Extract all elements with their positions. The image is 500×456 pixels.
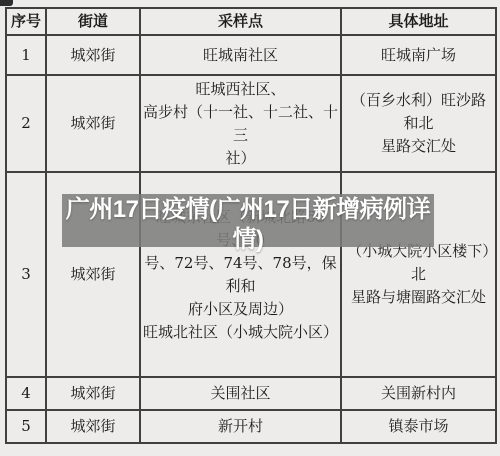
page-title: 广州17日疫情(广州17日新增病例详 情): [62, 194, 434, 255]
cell-sampling-site: 旺城西社区、 高步村（十一社、十二社、十三 社）: [140, 75, 341, 172]
watermark-title-overlay: 广州17日疫情(广州17日新增病例详 情): [62, 194, 434, 247]
cell-sampling-site: 新开村: [140, 410, 341, 443]
cell-serial: 2: [6, 75, 46, 172]
cell-street: 城郊街: [46, 410, 140, 443]
cell-serial: 1: [6, 35, 46, 75]
table-header-row: 序号 街道 采样点 具体地址: [6, 8, 496, 35]
cell-sampling-site: 关围社区: [140, 377, 341, 410]
page: 序号 街道 采样点 具体地址 1 城郊街 旺城南社区 旺城南广场 2 城郊街 旺…: [0, 0, 500, 456]
column-header-sampling-site: 采样点: [140, 8, 341, 35]
cell-serial: 3: [6, 172, 46, 377]
column-header-address: 具体地址: [341, 8, 496, 35]
cell-address: 镇泰市场: [341, 410, 496, 443]
table-row: 4 城郊街 关围社区 关围新村内: [6, 377, 496, 410]
column-header-street: 街道: [46, 8, 140, 35]
cell-serial: 4: [6, 377, 46, 410]
column-header-serial: 序号: [6, 8, 46, 35]
table-row: 2 城郊街 旺城西社区、 高步村（十一社、十二社、十三 社） （百乡水利）旺沙路…: [6, 75, 496, 172]
cell-serial: 5: [6, 410, 46, 443]
corner-artifact: [0, 0, 13, 6]
cell-address: 关围新村内: [341, 377, 496, 410]
cell-address: 旺城南广场: [341, 35, 496, 75]
cell-street: 城郊街: [46, 75, 140, 172]
table-row: 5 城郊街 新开村 镇泰市场: [6, 410, 496, 443]
cell-sampling-site: 旺城南社区: [140, 35, 341, 75]
cell-address: （百乡水利）旺沙路和北 星路交汇处: [341, 75, 496, 172]
cell-street: 城郊街: [46, 35, 140, 75]
cell-street: 城郊街: [46, 377, 140, 410]
table-row: 1 城郊街 旺城南社区 旺城南广场: [6, 35, 496, 75]
